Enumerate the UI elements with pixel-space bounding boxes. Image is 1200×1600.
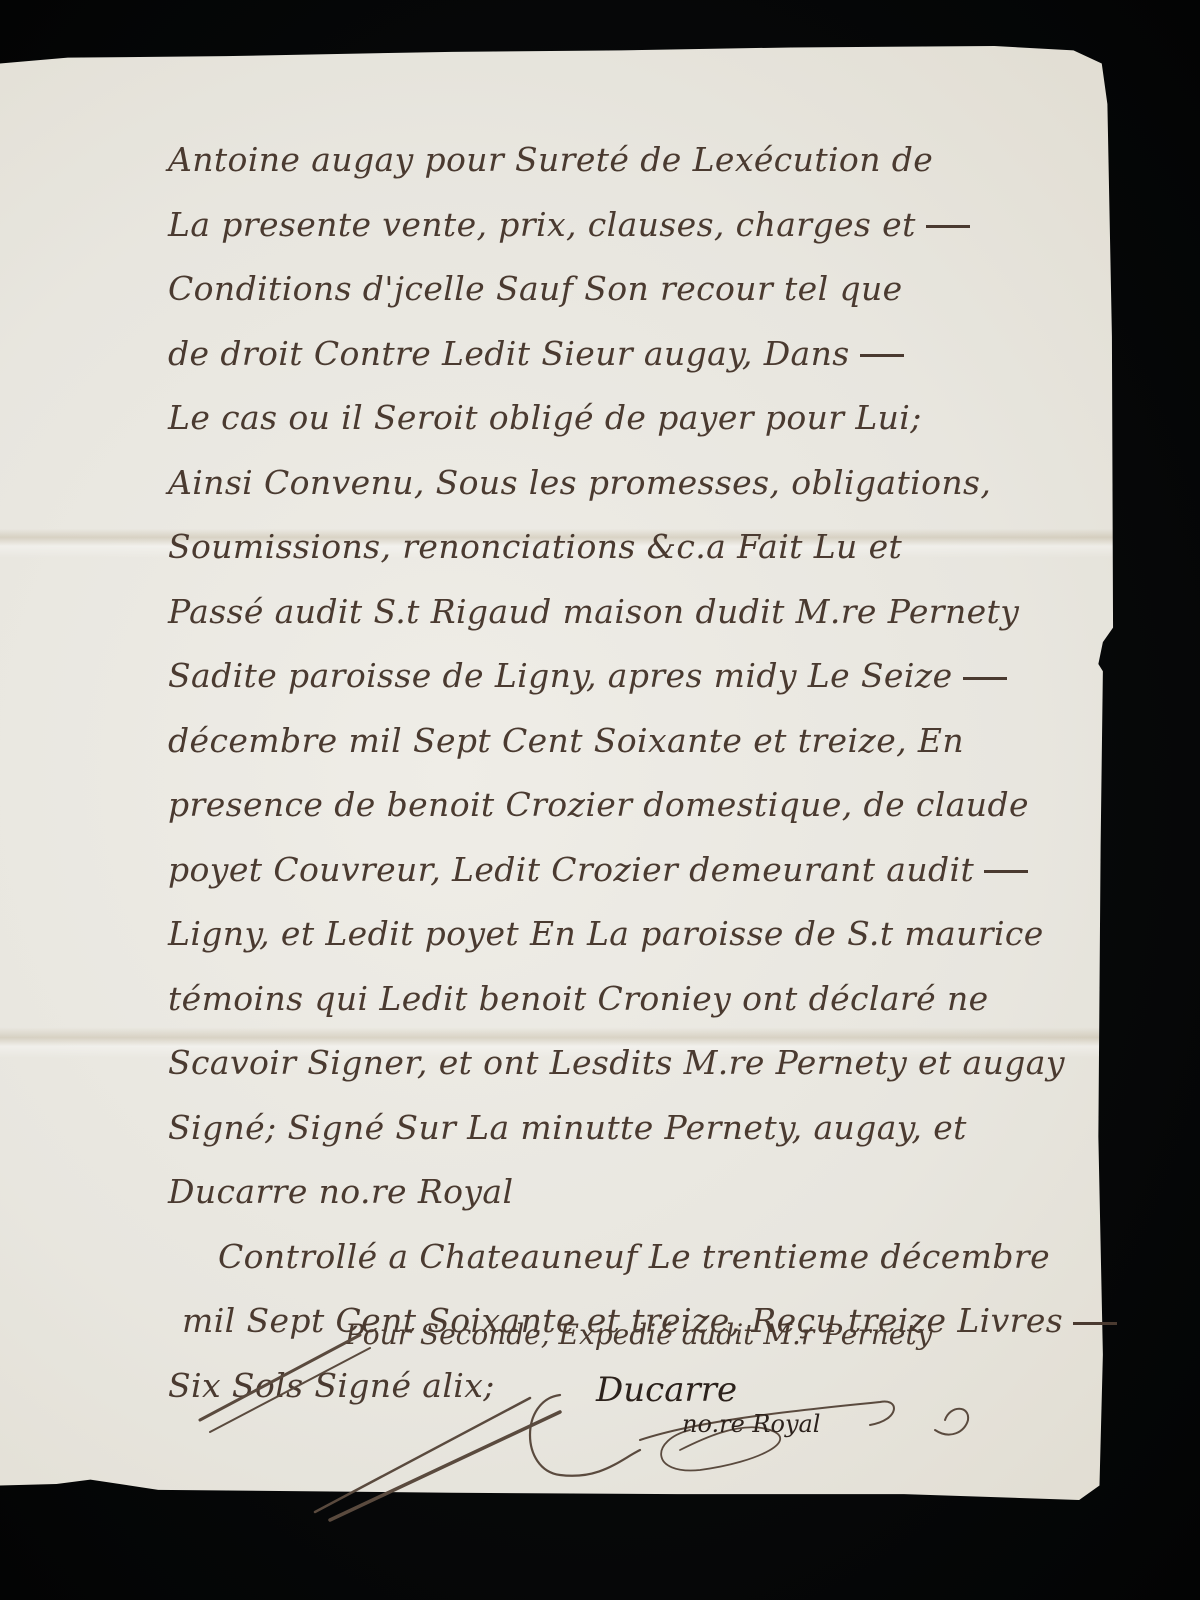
manuscript-line-8: Passé audit S.t Rigaud maison dudit M.re… [168, 580, 1098, 645]
manuscript-line-2: La presente vente, prix, clauses, charge… [168, 193, 1098, 258]
manuscript-line-6: Ainsi Convenu, Sous les promesses, oblig… [168, 451, 1098, 516]
manuscript-line-7: Soumissions, renonciations &c.a Fait Lu … [168, 515, 1098, 580]
manuscript-line-17: Ducarre no.re Royal [168, 1160, 1098, 1225]
manuscript-line-16: Signé; Signé Sur La minutte Pernety, aug… [168, 1096, 1098, 1161]
manuscript-line-14: témoins qui Ledit benoit Croniey ont déc… [168, 967, 1098, 1032]
notary-signature: Ducarre no.re Royal [520, 1360, 980, 1470]
manuscript-line-3: Conditions d'jcelle Sauf Son recour tel … [168, 257, 1098, 322]
manuscript-body: Antoine augay pour Sureté de Lexécution … [168, 128, 1098, 1418]
signature-title: no.re Royal [682, 1410, 820, 1438]
manuscript-line-12: poyet Couvreur, Ledit Crozier demeurant … [168, 838, 1098, 903]
control-note-line-1: Controllé a Chateauneuf Le trentieme déc… [168, 1225, 1098, 1290]
manuscript-line-1: Antoine augay pour Sureté de Lexécution … [168, 128, 1098, 193]
manuscript-line-15: Scavoir Signer, et ont Lesdits M.re Pern… [168, 1031, 1098, 1096]
expedition-note: Pour Seconde, Expedié audit M.r Pernety [345, 1318, 932, 1351]
manuscript-line-5: Le cas ou il Seroit obligé de payer pour… [168, 386, 1098, 451]
photo-scene: Antoine augay pour Sureté de Lexécution … [0, 0, 1200, 1600]
manuscript-line-9: Sadite paroisse de Ligny, apres midy Le … [168, 644, 1098, 709]
manuscript-line-13: Ligny, et Ledit poyet En La paroisse de … [168, 902, 1098, 967]
signature-name: Ducarre [596, 1370, 737, 1410]
manuscript-line-4: de droit Contre Ledit Sieur augay, Dans [168, 322, 1098, 387]
manuscript-line-11: presence de benoit Crozier domestique, d… [168, 773, 1098, 838]
manuscript-line-10: décembre mil Sept Cent Soixante et treiz… [168, 709, 1098, 774]
